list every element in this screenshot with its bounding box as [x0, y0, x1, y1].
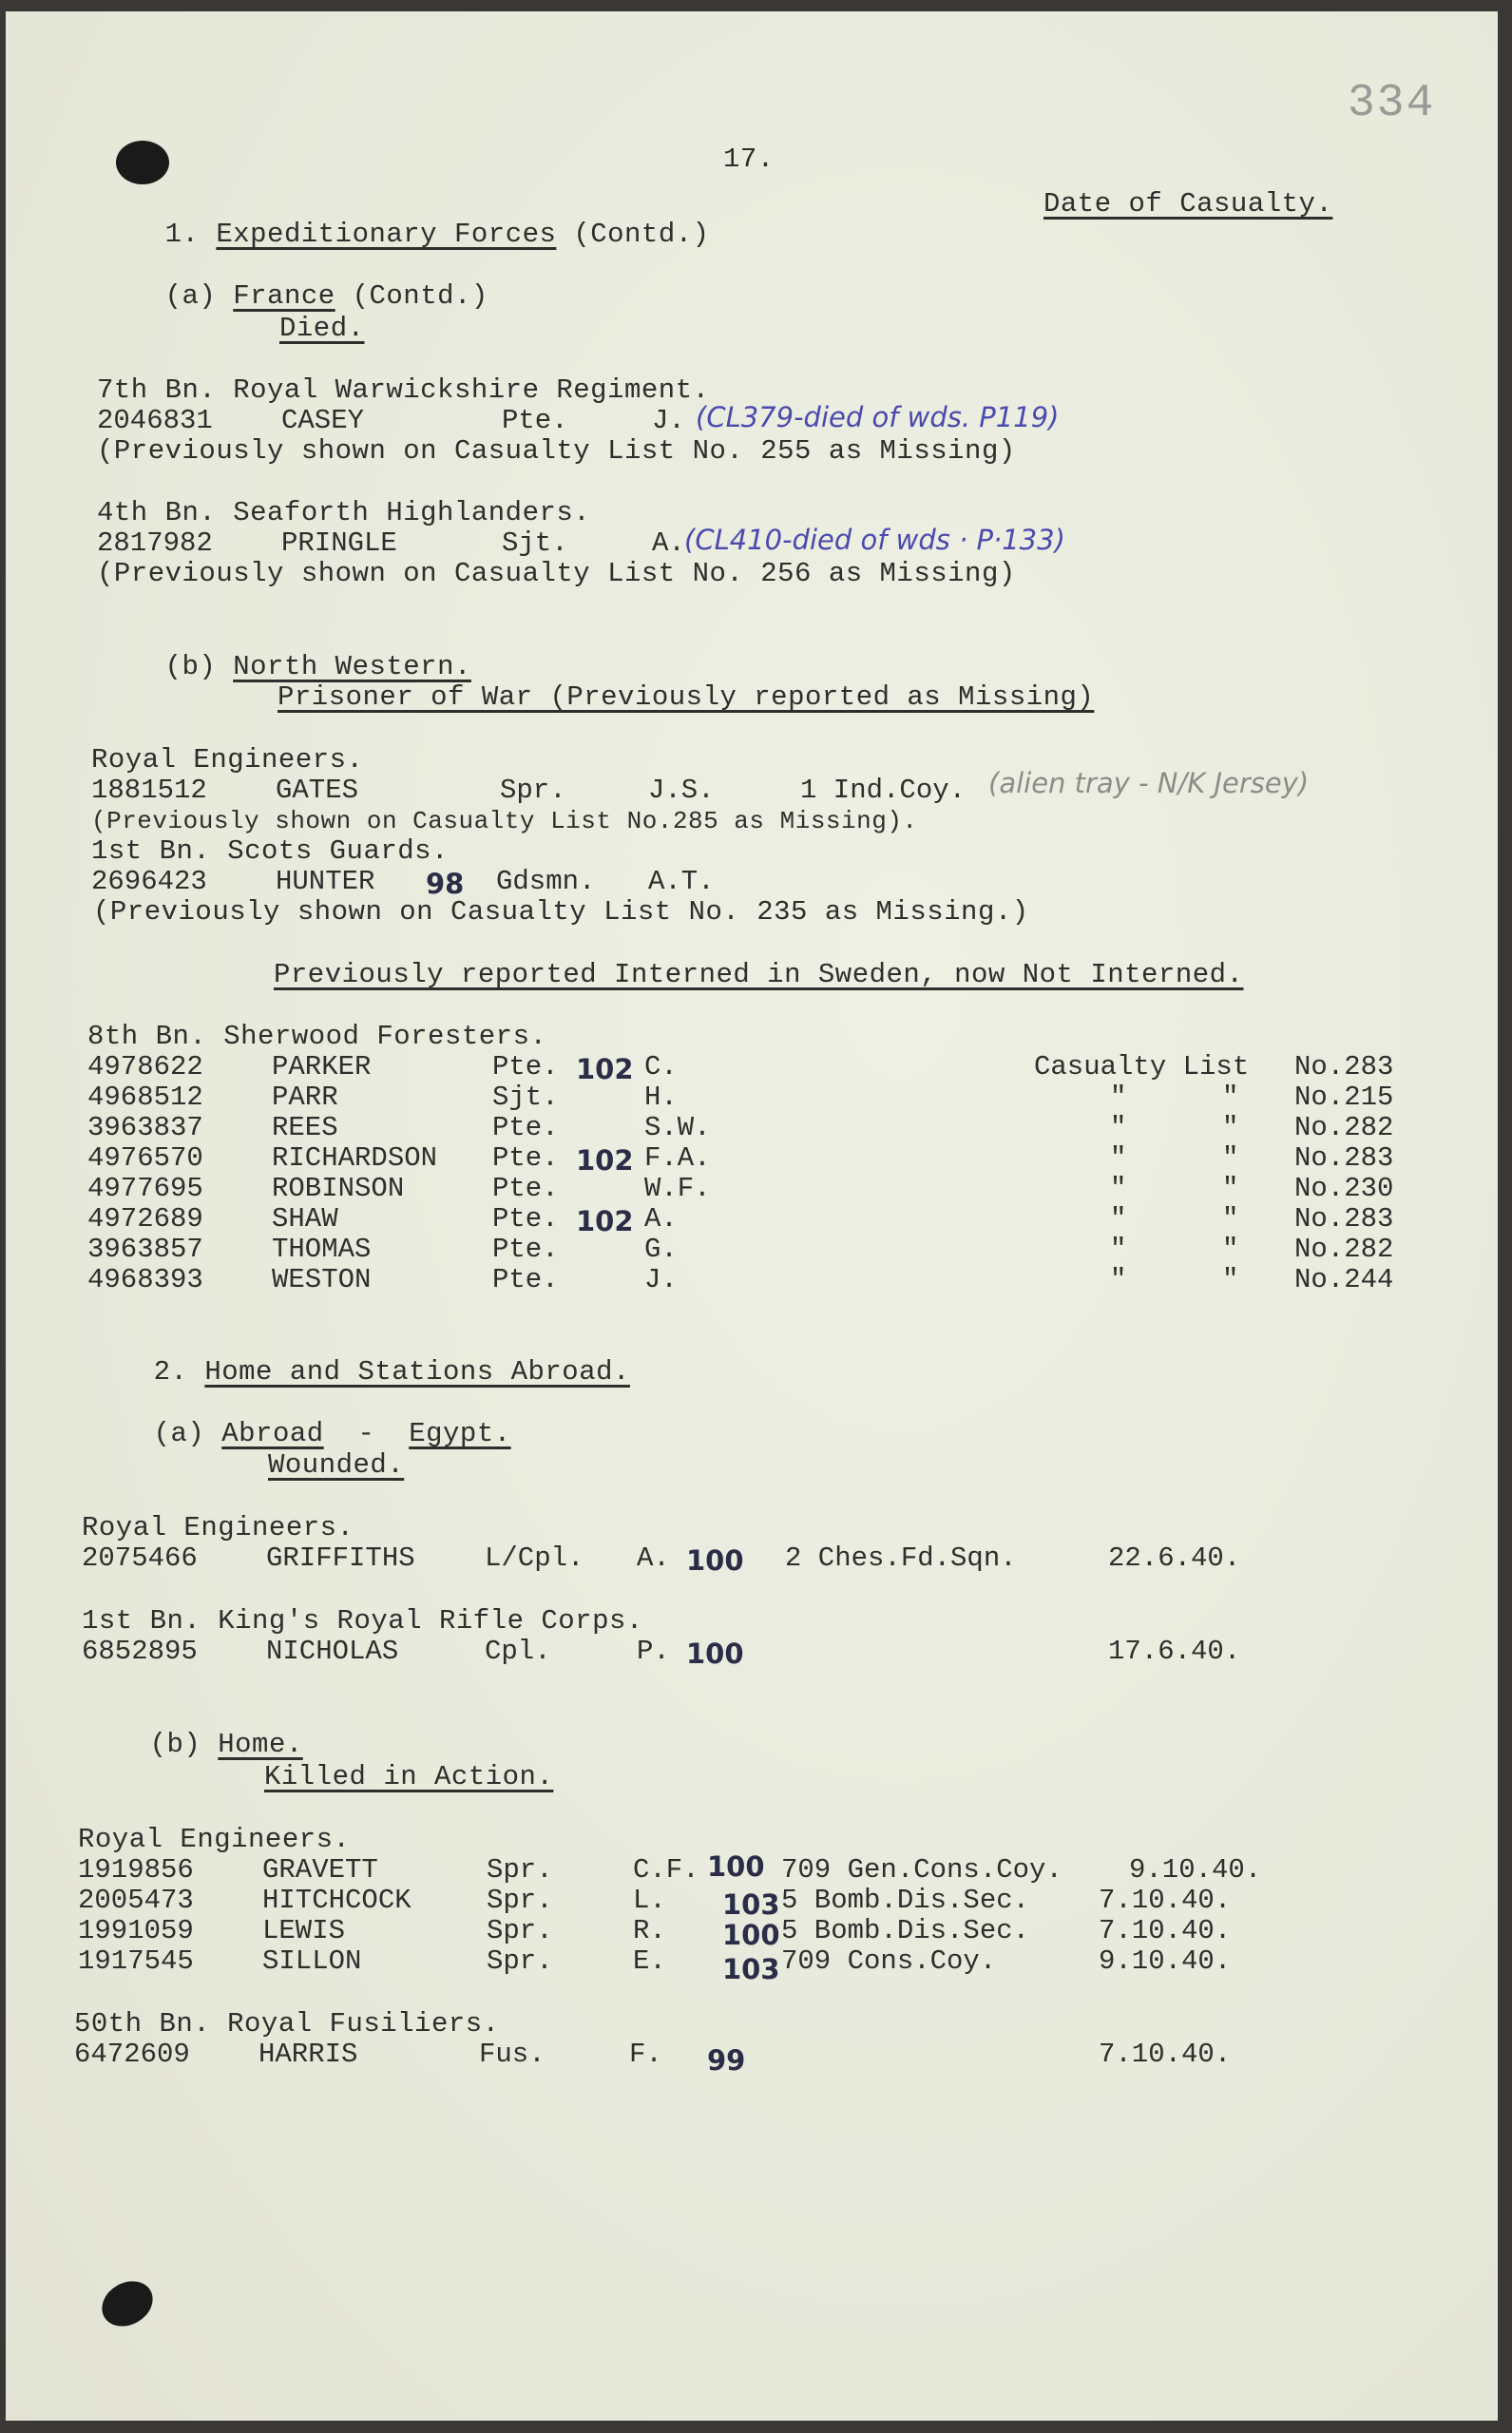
initials: J.S.: [648, 776, 715, 806]
service-number: 2696423: [91, 867, 207, 897]
initials: C.F.: [633, 1855, 699, 1886]
subsection-place: Egypt.: [409, 1418, 510, 1449]
handwritten-annotation: (CL410-died of wds · P·133): [684, 525, 1065, 555]
ink-mark: 100: [722, 1920, 780, 1950]
ditto-mark: ": [1110, 1265, 1126, 1295]
surname: GATES: [276, 776, 358, 806]
folio-stamp: 334: [1348, 78, 1435, 129]
surname: RICHARDSON: [272, 1143, 437, 1174]
casualty-list-number: No.244: [1294, 1265, 1393, 1295]
sub-unit: 5 Bomb.Dis.Sec.: [781, 1886, 1029, 1916]
subsection-title: Home.: [218, 1729, 303, 1760]
surname: PARR: [272, 1082, 338, 1113]
previous-list-note: (Previously shown on Casualty List No. 2…: [97, 436, 1016, 467]
ditto-mark: ": [1110, 1082, 1126, 1113]
surname: CASEY: [281, 406, 364, 436]
casualty-date: 9.10.40.: [1099, 1946, 1231, 1977]
service-number: 4977695: [87, 1174, 203, 1204]
ink-mark: 103: [722, 1954, 780, 1984]
initials: C.: [644, 1052, 678, 1082]
ditto-mark: ": [1222, 1265, 1238, 1295]
surname: ROBINSON: [272, 1174, 404, 1204]
unit-heading: 1st Bn. King's Royal Rifle Corps.: [82, 1606, 643, 1637]
page-number: 17.: [723, 144, 775, 175]
rank: Pte.: [492, 1113, 559, 1143]
rank: Gdsmn.: [496, 867, 595, 897]
ditto-mark: ": [1222, 1174, 1238, 1204]
service-number: 4968393: [87, 1265, 203, 1295]
surname: SILLON: [262, 1946, 361, 1977]
service-number: 2046831: [97, 406, 213, 436]
section1-number: 1.: [165, 219, 200, 250]
rank: Pte.: [492, 1265, 559, 1295]
sub-unit: 2 Ches.Fd.Sqn.: [785, 1543, 1017, 1574]
casualty-list-number: No.283: [1294, 1143, 1393, 1174]
service-number: 4976570: [87, 1143, 203, 1174]
ditto-mark: ": [1222, 1204, 1238, 1235]
ink-mark: 100: [686, 1638, 744, 1669]
rank: Fus.: [479, 2040, 545, 2070]
service-number: 6472609: [74, 2040, 190, 2070]
ditto-mark: ": [1222, 1235, 1238, 1265]
sub-unit: 1 Ind.Coy.: [800, 776, 966, 806]
subsection-title: North Western.: [233, 651, 471, 682]
casualty-date: 9.10.40.: [1129, 1855, 1261, 1886]
previous-list-note: (Previously shown on Casualty List No. 2…: [97, 559, 1016, 589]
ditto-mark: ": [1222, 1113, 1238, 1143]
rank: Spr.: [487, 1946, 553, 1977]
ditto-mark: ": [1110, 1204, 1126, 1235]
section2-title: Home and Stations Abroad.: [204, 1356, 630, 1388]
unit-heading: Royal Engineers.: [91, 745, 363, 776]
previous-list-note: (Previously shown on Casualty List No. 2…: [93, 897, 1029, 928]
initials: A.T.: [648, 867, 715, 897]
service-number: 4978622: [87, 1052, 203, 1082]
sub-unit: 5 Bomb.Dis.Sec.: [781, 1916, 1029, 1946]
ink-mark: 99: [707, 2045, 745, 2076]
handwritten-annotation: (CL379-died of wds. P119): [696, 402, 1059, 432]
surname: HUNTER: [276, 867, 374, 897]
punch-hole-top: [116, 141, 169, 184]
unit-heading: 8th Bn. Sherwood Foresters.: [87, 1022, 546, 1052]
service-number: 1881512: [91, 776, 207, 806]
service-number: 2075466: [82, 1543, 198, 1574]
ditto-mark: ": [1110, 1143, 1126, 1174]
rank: Sjt.: [492, 1082, 559, 1113]
rank: Spr.: [500, 776, 566, 806]
date-column-header: Date of Casualty.: [1043, 189, 1332, 220]
ink-mark: 100: [707, 1851, 765, 1882]
unit-heading: 1st Bn. Scots Guards.: [91, 836, 449, 867]
surname: PARKER: [272, 1052, 371, 1082]
casualty-date: 7.10.40.: [1099, 1916, 1231, 1946]
document-page: 334 17. 1. Expeditionary Forces (Contd.)…: [6, 11, 1498, 2421]
rank: Pte.: [492, 1143, 559, 1174]
surname: PRINGLE: [281, 528, 397, 559]
rank: L/Cpl.: [485, 1543, 584, 1574]
casualty-date: 7.10.40.: [1099, 1886, 1231, 1916]
surname: HARRIS: [258, 2040, 357, 2070]
rank: Spr.: [487, 1916, 553, 1946]
sub-unit: 709 Gen.Cons.Coy.: [781, 1855, 1062, 1886]
category-died: Died.: [279, 314, 365, 344]
subsection-label: (b): [165, 651, 217, 682]
initials: S.W.: [644, 1113, 711, 1143]
casualty-list-number: No.283: [1294, 1204, 1393, 1235]
service-number: 2005473: [78, 1886, 194, 1916]
unit-heading: 4th Bn. Seaforth Highlanders.: [97, 498, 590, 528]
unit-heading: Royal Engineers.: [82, 1513, 354, 1543]
ditto-mark: ": [1110, 1235, 1126, 1265]
category-killed-in-action: Killed in Action.: [264, 1762, 553, 1792]
dash: -: [357, 1418, 374, 1449]
rank: Cpl.: [485, 1637, 551, 1667]
ink-mark: 102: [576, 1054, 634, 1084]
initials: A.: [637, 1543, 670, 1574]
service-number: 1917545: [78, 1946, 194, 1977]
surname: GRIFFITHS: [266, 1543, 415, 1574]
rank: Sjt.: [502, 528, 568, 559]
ditto-mark: ": [1110, 1174, 1126, 1204]
initials: R.: [633, 1916, 666, 1946]
initials: E.: [633, 1946, 666, 1977]
handwritten-annotation: (alien tray - N/K Jersey): [988, 768, 1309, 798]
initials: A.: [652, 528, 685, 559]
initials: H.: [644, 1082, 678, 1113]
rank: Pte.: [492, 1052, 559, 1082]
casualty-date: 7.10.40.: [1099, 2040, 1231, 2070]
surname: LEWIS: [262, 1916, 345, 1946]
initials: F.A.: [644, 1143, 711, 1174]
service-number: 2817982: [97, 528, 213, 559]
initials: F.: [629, 2040, 662, 2070]
ditto-mark: ": [1222, 1143, 1238, 1174]
sub-unit: 709 Cons.Coy.: [781, 1946, 996, 1977]
service-number: 4972689: [87, 1204, 203, 1235]
service-number: 1919856: [78, 1855, 194, 1886]
ink-mark: 100: [686, 1545, 744, 1576]
surname: THOMAS: [272, 1235, 371, 1265]
casualty-date: 22.6.40.: [1108, 1543, 1240, 1574]
casualty-list-header: Casualty List: [1034, 1052, 1249, 1082]
service-number: 4968512: [87, 1082, 203, 1113]
section1-title: Expeditionary Forces: [216, 219, 556, 250]
subsection-label: (a): [154, 1418, 205, 1449]
initials: G.: [644, 1235, 678, 1265]
rank: Spr.: [487, 1886, 553, 1916]
ink-mark: 103: [722, 1889, 780, 1920]
surname: SHAW: [272, 1204, 338, 1235]
surname: GRAVETT: [262, 1855, 378, 1886]
rank: Pte.: [492, 1204, 559, 1235]
casualty-list-number: No.230: [1294, 1174, 1393, 1204]
casualty-list-number: No.282: [1294, 1113, 1393, 1143]
service-number: 1991059: [78, 1916, 194, 1946]
initials: P.: [637, 1637, 670, 1667]
unit-heading: 7th Bn. Royal Warwickshire Regiment.: [97, 375, 710, 406]
casualty-list-number: No.215: [1294, 1082, 1393, 1113]
category-prisoner-of-war: Prisoner of War (Previously reported as …: [278, 682, 1094, 713]
casualty-date: 17.6.40.: [1108, 1637, 1240, 1667]
unit-heading: Royal Engineers.: [78, 1825, 350, 1855]
ink-mark: 102: [576, 1145, 634, 1176]
service-number: 3963857: [87, 1235, 203, 1265]
subsection-title: Abroad: [221, 1418, 323, 1449]
surname: NICHOLAS: [266, 1637, 398, 1667]
ditto-mark: ": [1222, 1082, 1238, 1113]
rank: Pte.: [492, 1235, 559, 1265]
section2-number: 2.: [154, 1356, 188, 1388]
rank: Pte.: [492, 1174, 559, 1204]
ink-mark: 98: [426, 869, 464, 899]
subsection-label: (b): [150, 1729, 201, 1760]
subsection-contd: (Contd.): [353, 280, 488, 312]
initials: L.: [633, 1886, 666, 1916]
surname: WESTON: [272, 1265, 371, 1295]
casualty-list-number: No.283: [1294, 1052, 1393, 1082]
initials: J.: [652, 406, 685, 436]
surname: REES: [272, 1113, 338, 1143]
previous-list-note: (Previously shown on Casualty List No.28…: [91, 806, 918, 836]
surname: HITCHCOCK: [262, 1886, 411, 1916]
ditto-mark: ": [1110, 1113, 1126, 1143]
section1-contd: (Contd.): [573, 219, 709, 250]
category-wounded: Wounded.: [268, 1450, 404, 1481]
subsection-title: France: [233, 280, 335, 312]
initials: J.: [644, 1265, 678, 1295]
service-number: 3963837: [87, 1113, 203, 1143]
category-interned-sweden: Previously reported Interned in Sweden, …: [274, 960, 1243, 990]
rank: Spr.: [487, 1855, 553, 1886]
casualty-list-number: No.282: [1294, 1235, 1393, 1265]
unit-heading: 50th Bn. Royal Fusiliers.: [74, 2009, 500, 2040]
ink-mark: 102: [576, 1206, 634, 1236]
subsection-label: (a): [165, 280, 217, 312]
initials: A.: [644, 1204, 678, 1235]
initials: W.F.: [644, 1174, 711, 1204]
punch-hole-bottom: [94, 2272, 161, 2335]
rank: Pte.: [502, 406, 568, 436]
service-number: 6852895: [82, 1637, 198, 1667]
